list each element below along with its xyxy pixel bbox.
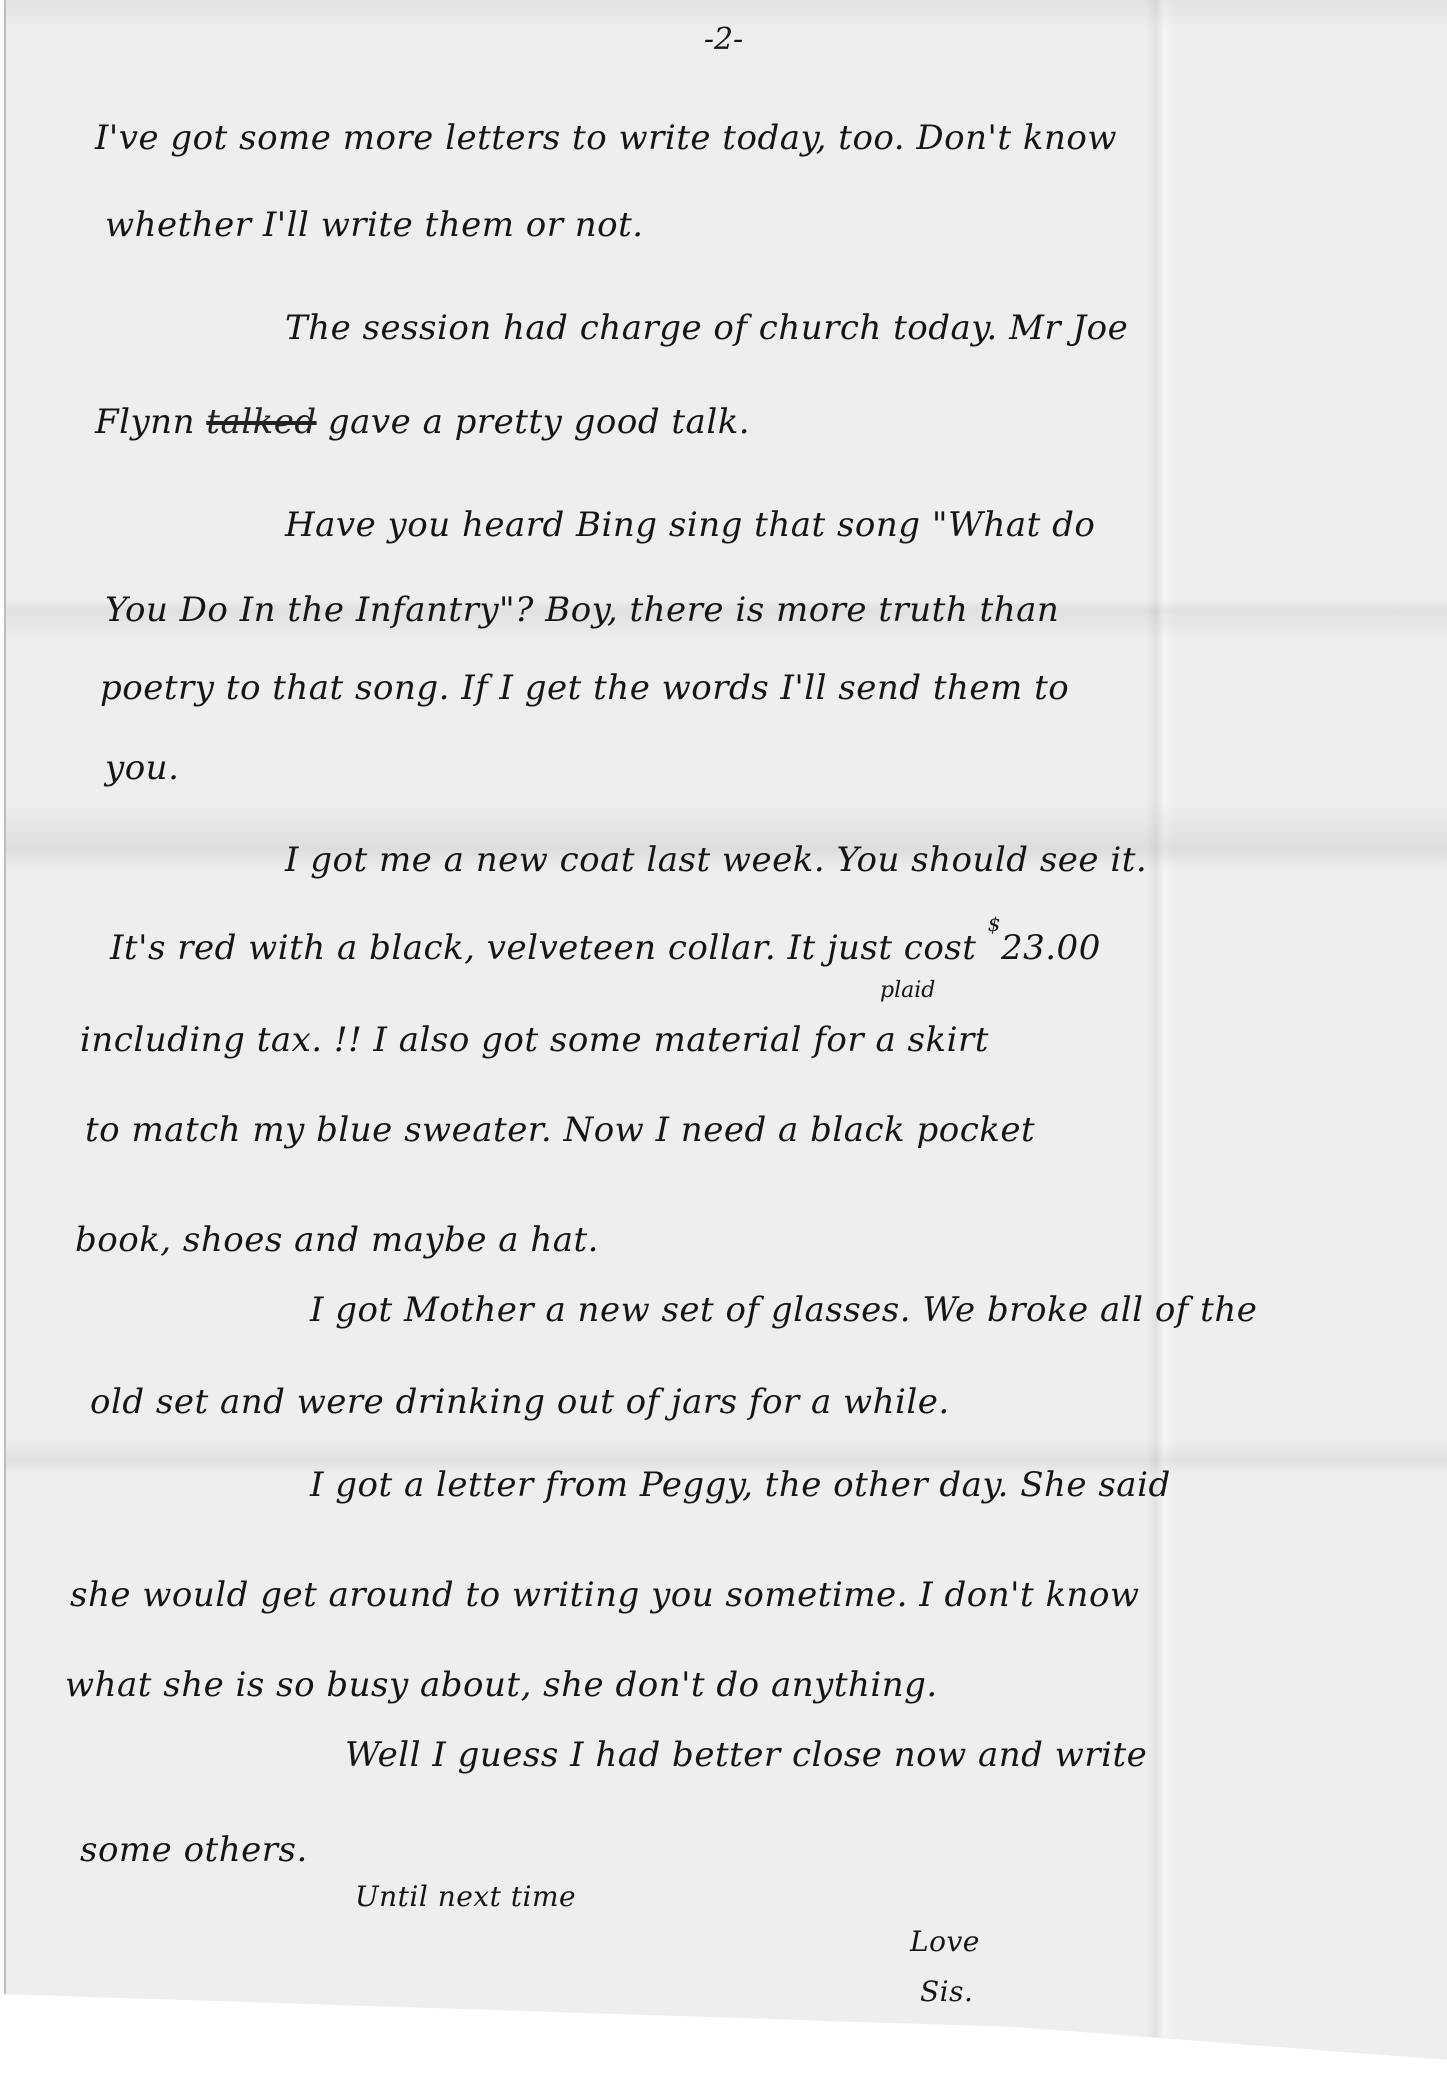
letter-line: Have you heard Bing sing that song "What… bbox=[285, 505, 1095, 545]
letter-line: I got Mother a new set of glasses. We br… bbox=[310, 1290, 1257, 1330]
letter-line: you. bbox=[105, 748, 179, 788]
letter-line: what she is so busy about, she don't do … bbox=[65, 1665, 938, 1705]
letter-line: poetry to that song. If I get the words … bbox=[100, 668, 1069, 708]
line-text: including tax. !! I also got some bbox=[80, 1020, 642, 1060]
closing-line: Until next time bbox=[355, 1880, 576, 1913]
dollar-sign: $ bbox=[988, 912, 1001, 936]
letter-line: to match my blue sweater. Now I need a b… bbox=[85, 1110, 1035, 1150]
letter-line: some others. bbox=[80, 1830, 308, 1870]
closing-love: Love bbox=[910, 1925, 980, 1958]
letter-line: Flynn talked gave a pretty good talk. bbox=[95, 402, 750, 442]
letter-line: book, shoes and maybe a hat. bbox=[75, 1220, 599, 1260]
page-number: -2- bbox=[0, 22, 1447, 57]
letter-line: I got a letter from Peggy, the other day… bbox=[310, 1465, 1171, 1505]
letter-line: Well I guess I had better close now and … bbox=[345, 1735, 1147, 1775]
name-prefix: Flynn bbox=[95, 402, 195, 442]
line-text: material for a skirt bbox=[653, 1020, 988, 1060]
line-rest: gave a pretty good talk. bbox=[328, 402, 750, 442]
struck-word: talked bbox=[206, 402, 316, 442]
letter-line: I've got some more letters to write toda… bbox=[95, 118, 1117, 158]
letter-line: old set and were drinking out of jars fo… bbox=[90, 1382, 950, 1422]
letter-line: The session had charge of church today. … bbox=[285, 308, 1128, 348]
inserted-word: plaid bbox=[880, 978, 935, 1003]
line-text: It's red with a black, velveteen collar.… bbox=[110, 928, 976, 968]
price: 23.00 bbox=[1001, 928, 1101, 968]
letter-line: I got me a new coat last week. You shoul… bbox=[285, 840, 1147, 880]
letter-line: including tax. !! I also got some materi… bbox=[80, 1020, 989, 1060]
letter-line: she would get around to writing you some… bbox=[70, 1575, 1140, 1615]
letter-line: You Do In the Infantry"? Boy, there is m… bbox=[105, 590, 1059, 630]
letter-line: whether I'll write them or not. bbox=[105, 205, 644, 245]
signature: Sis. bbox=[920, 1975, 973, 2008]
letter-line: It's red with a black, velveteen collar.… bbox=[110, 928, 1101, 968]
